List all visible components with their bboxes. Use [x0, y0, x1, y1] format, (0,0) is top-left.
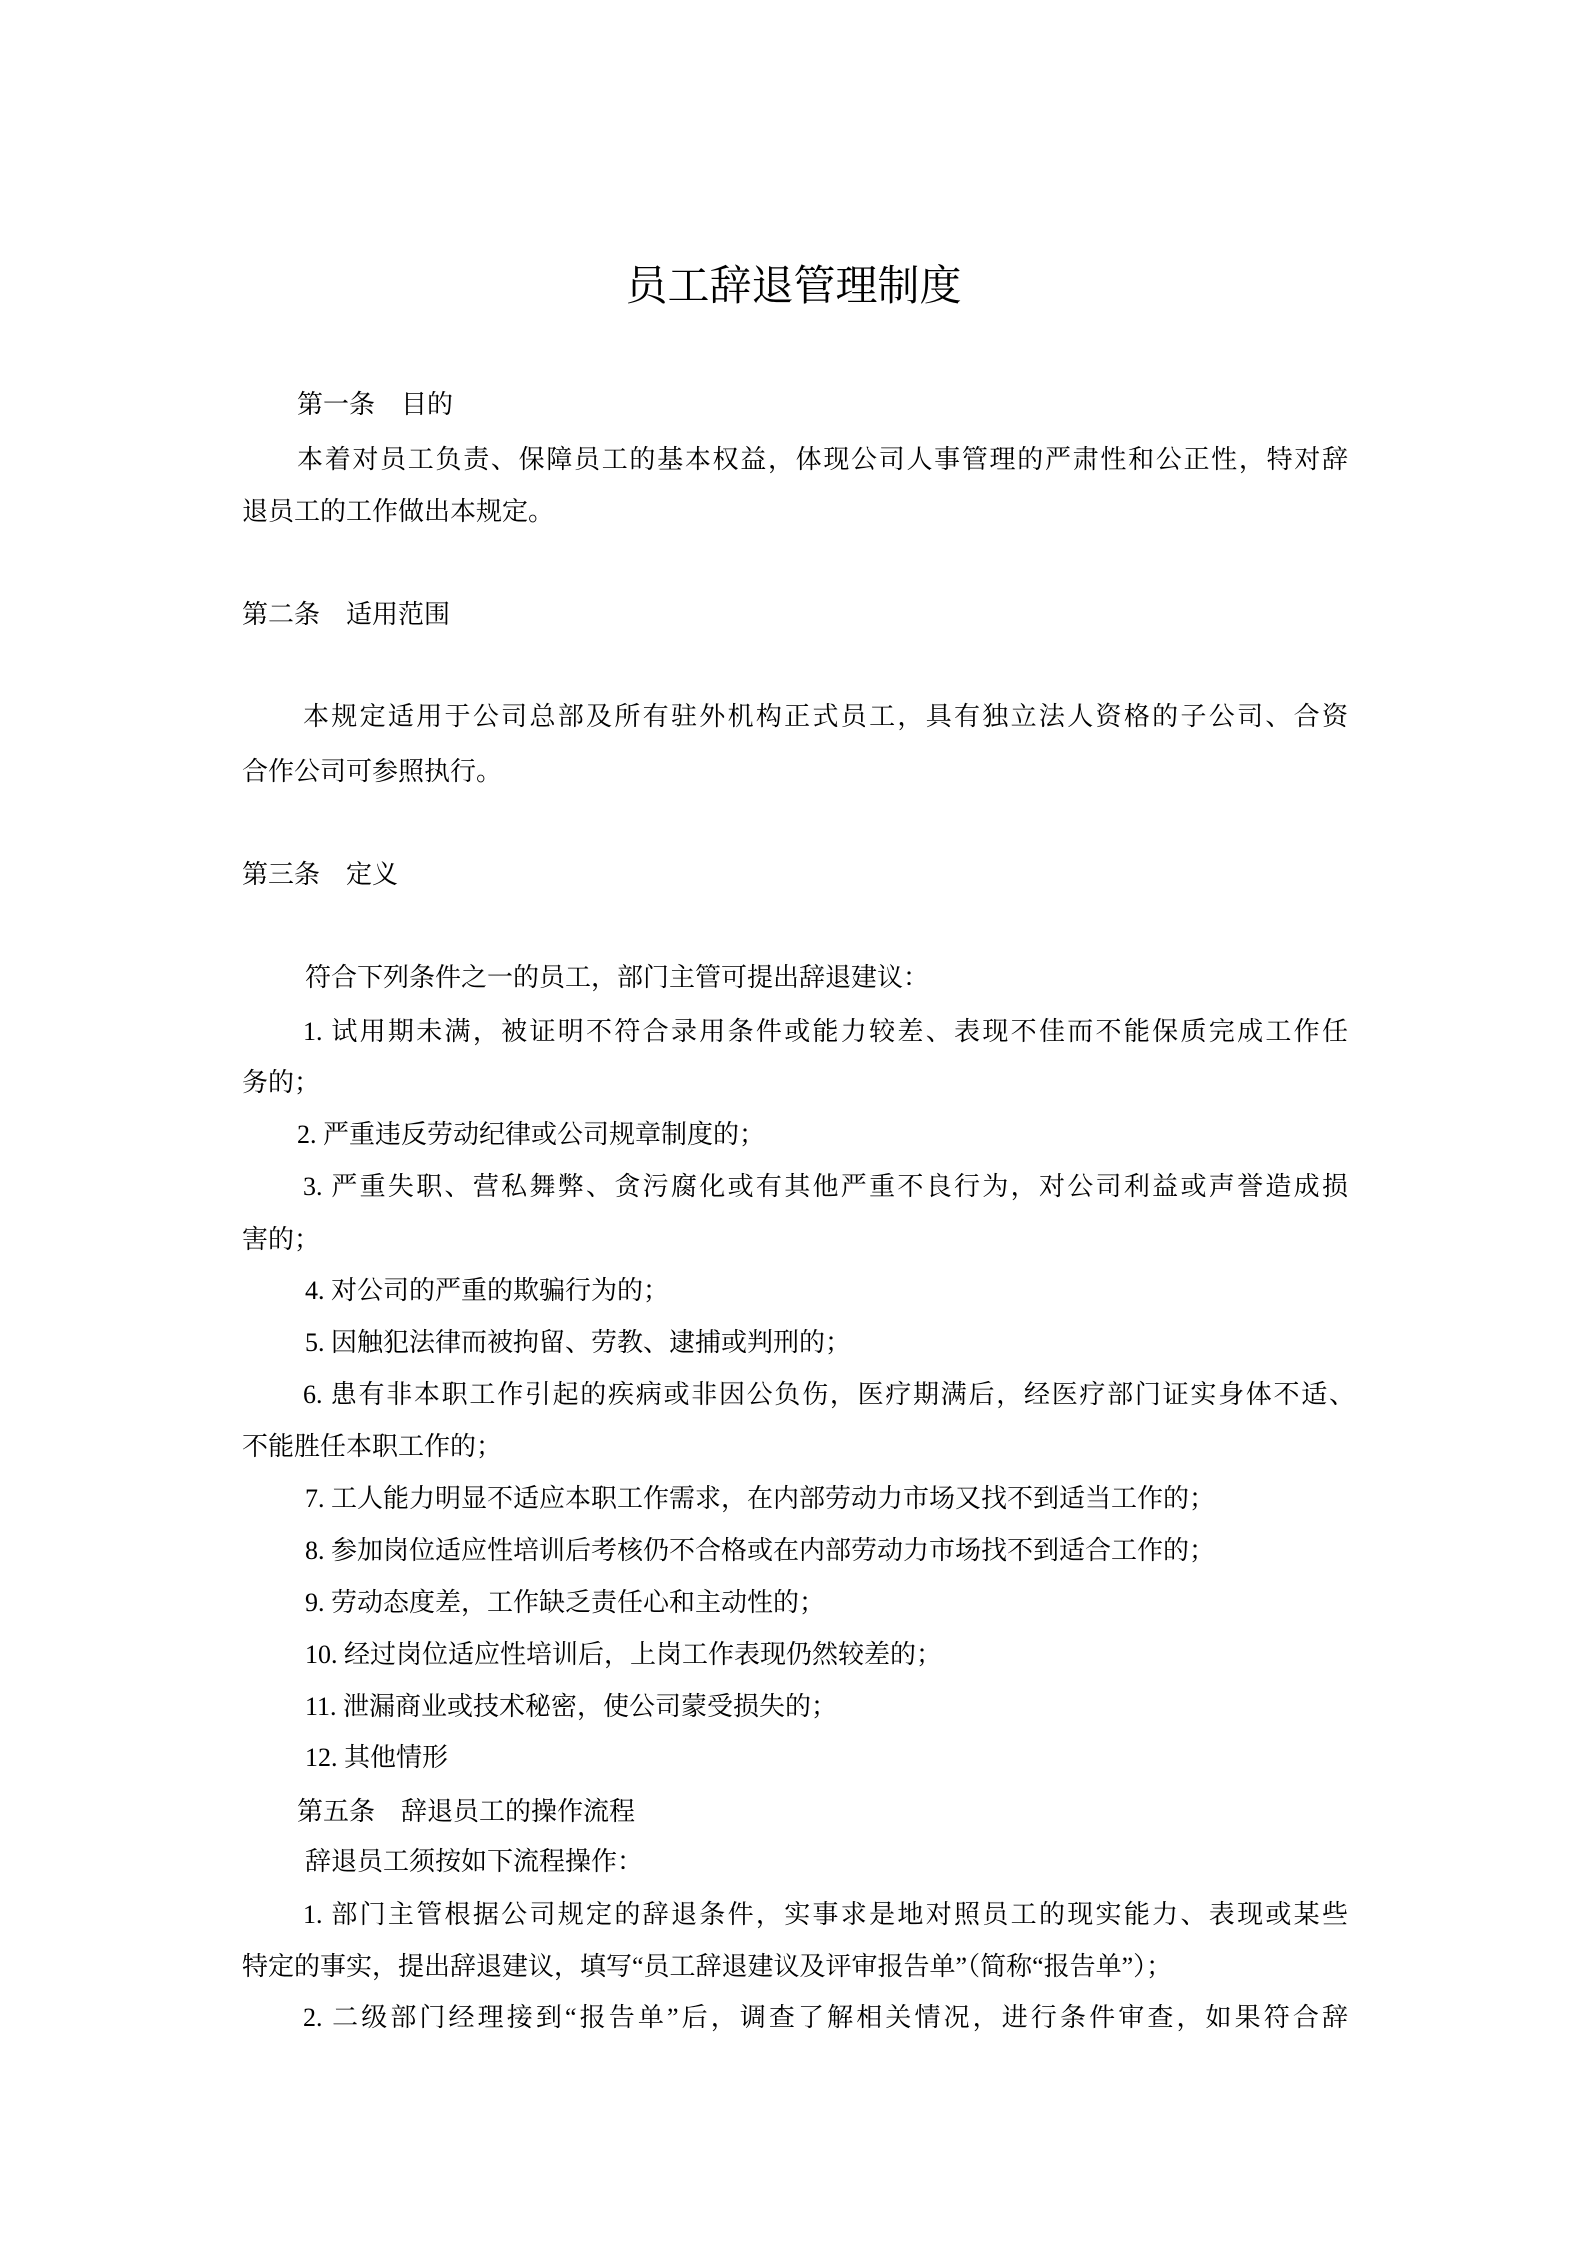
paragraph-line: 本规定适用于公司总部及所有驻外机构正式员工，具有独立法人资格的子公司、合资: [303, 699, 1348, 735]
list-number: 3.: [303, 1172, 323, 1201]
document-title: 员工辞退管理制度: [0, 262, 1587, 312]
list-item-6-cont: 不能胜任本职工作的；: [242, 1429, 502, 1465]
section-heading-1: 第一条目的: [297, 387, 453, 423]
paragraph-line: 合作公司可参照执行。: [242, 754, 502, 790]
list-text: 经过岗位适应性培训后，上岗工作表现仍然较差的；: [344, 1640, 942, 1669]
list-item-4: 4. 对公司的严重的欺骗行为的；: [305, 1273, 669, 1309]
list-number: 2.: [303, 2003, 323, 2032]
list-item-9: 9. 劳动态度差，工作缺乏责任心和主动性的；: [305, 1585, 825, 1621]
list-item-2: 2. 严重违反劳动纪律或公司规章制度的；: [297, 1117, 765, 1153]
list-text: 其他情形: [344, 1743, 448, 1772]
list-text: 劳动态度差，工作缺乏责任心和主动性的；: [331, 1588, 825, 1617]
section-title: 定义: [346, 860, 398, 889]
list-text: 严重违反劳动纪律或公司规章制度的；: [323, 1120, 765, 1149]
list-item-8: 8. 参加岗位适应性培训后考核仍不合格或在内部劳动力市场找不到适合工作的；: [305, 1533, 1215, 1569]
list-text: 对公司的严重的欺骗行为的；: [331, 1276, 669, 1305]
list-number: 11.: [305, 1692, 337, 1721]
list-item-3: 3. 严重失职、营私舞弊、贪污腐化或有其他严重不良行为，对公司利益或声誉造成损: [303, 1169, 1348, 1205]
list-text: 工人能力明显不适应本职工作需求，在内部劳动力市场又找不到适当工作的；: [331, 1484, 1215, 1513]
paragraph-line: 本着对员工负责、保障员工的基本权益，体现公司人事管理的严肃性和公正性，特对辞: [297, 442, 1348, 478]
document-page: 员工辞退管理制度 第一条目的 本着对员工负责、保障员工的基本权益，体现公司人事管…: [0, 0, 1587, 2245]
list-number: 6.: [303, 1380, 323, 1409]
list-item-5: 5. 因触犯法律而被拘留、劳教、逮捕或判刑的；: [305, 1325, 851, 1361]
list-text: 部门主管根据公司规定的辞退条件，实事求是地对照员工的现实能力、表现或某些: [331, 1900, 1348, 1929]
section-title: 目的: [401, 390, 453, 419]
list-text: 二级部门经理接到“报告单”后，调查了解相关情况，进行条件审查，如果符合辞: [332, 2003, 1348, 2032]
list-number: 1.: [303, 1900, 323, 1929]
paragraph-line: 退员工的工作做出本规定。: [242, 494, 554, 530]
list-number: 9.: [305, 1588, 325, 1617]
section-number: 第五条: [297, 1797, 375, 1826]
section-heading-3: 第三条定义: [242, 857, 398, 893]
list-item-11: 11. 泄漏商业或技术秘密，使公司蒙受损失的；: [305, 1689, 837, 1725]
section-title: 辞退员工的操作流程: [401, 1797, 635, 1826]
procedure-step-1: 1. 部门主管根据公司规定的辞退条件，实事求是地对照员工的现实能力、表现或某些: [303, 1897, 1348, 1933]
list-item-6: 6. 患有非本职工作引起的疾病或非因公负伤，医疗期满后，经医疗部门证实身体不适、: [303, 1377, 1355, 1413]
list-number: 8.: [305, 1536, 325, 1565]
procedure-intro: 辞退员工须按如下流程操作：: [305, 1844, 643, 1880]
procedure-step-2: 2. 二级部门经理接到“报告单”后，调查了解相关情况，进行条件审查，如果符合辞: [303, 2000, 1348, 2036]
list-text: 试用期未满，被证明不符合录用条件或能力较差、表现不佳而不能保质完成工作任: [331, 1017, 1348, 1046]
list-number: 12.: [305, 1743, 338, 1772]
section-number: 第一条: [297, 390, 375, 419]
definition-intro: 符合下列条件之一的员工，部门主管可提出辞退建议：: [305, 960, 929, 996]
list-item-1: 1. 试用期未满，被证明不符合录用条件或能力较差、表现不佳而不能保质完成工作任: [303, 1014, 1348, 1050]
section-heading-2: 第二条适用范围: [242, 597, 450, 633]
list-item-1-cont: 务的；: [242, 1065, 320, 1101]
list-text: 泄漏商业或技术秘密，使公司蒙受损失的；: [343, 1692, 837, 1721]
list-number: 10.: [305, 1640, 338, 1669]
procedure-step-1-cont: 特定的事实，提出辞退建议，填写“员工辞退建议及评审报告单”（简称“报告单”）；: [242, 1949, 1172, 1985]
list-item-10: 10. 经过岗位适应性培训后，上岗工作表现仍然较差的；: [305, 1637, 942, 1673]
section-number: 第三条: [242, 860, 320, 889]
section-heading-5: 第五条辞退员工的操作流程: [297, 1794, 635, 1830]
list-text: 参加岗位适应性培训后考核仍不合格或在内部劳动力市场找不到适合工作的；: [331, 1536, 1215, 1565]
list-text: 患有非本职工作引起的疾病或非因公负伤，医疗期满后，经医疗部门证实身体不适、: [331, 1380, 1355, 1409]
list-number: 2.: [297, 1120, 317, 1149]
list-number: 5.: [305, 1328, 325, 1357]
list-number: 7.: [305, 1484, 325, 1513]
section-number: 第二条: [242, 600, 320, 629]
list-item-12: 12. 其他情形: [305, 1740, 448, 1776]
list-number: 4.: [305, 1276, 325, 1305]
list-text: 严重失职、营私舞弊、贪污腐化或有其他严重不良行为，对公司利益或声誉造成损: [331, 1172, 1348, 1201]
list-number: 1.: [303, 1017, 323, 1046]
section-title: 适用范围: [346, 600, 450, 629]
list-item-7: 7. 工人能力明显不适应本职工作需求，在内部劳动力市场又找不到适当工作的；: [305, 1481, 1215, 1517]
list-text: 因触犯法律而被拘留、劳教、逮捕或判刑的；: [331, 1328, 851, 1357]
list-item-3-cont: 害的；: [242, 1222, 320, 1258]
